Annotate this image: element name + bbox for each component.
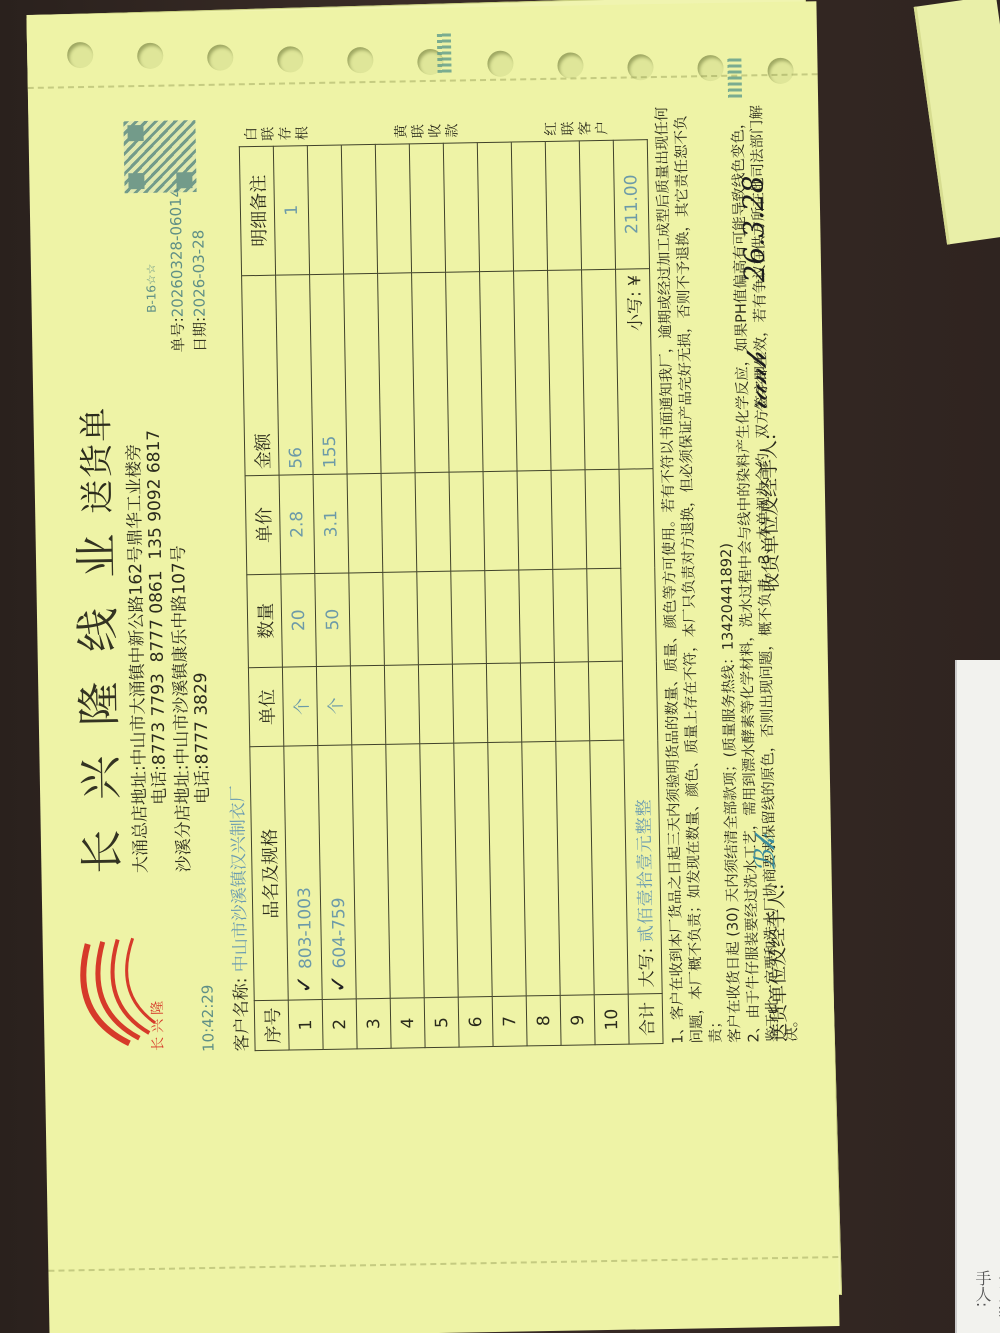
branch-address: 沙溪分店地址:中山市沙溪镇康乐中路107号 — [169, 545, 195, 872]
row-unit — [486, 663, 521, 743]
row-qty — [553, 569, 589, 663]
row-unit — [418, 664, 453, 744]
feed-hole-icon — [67, 42, 93, 68]
branch-phone-label: 电话: — [193, 764, 214, 804]
customer-value: 中山市沙溪镇汉兴制衣厂 — [228, 785, 251, 972]
col-header-remark: 明细备注 — [239, 146, 275, 275]
col-header-qty: 数量 — [247, 574, 283, 668]
copy-label-white: 白联存根 — [243, 120, 311, 141]
row-qty-value: 50 — [322, 609, 342, 631]
row-price — [551, 470, 587, 569]
row-amount — [446, 271, 483, 472]
row-amount: 155 — [310, 274, 347, 475]
row-unit — [350, 665, 385, 745]
row-unit — [588, 661, 623, 741]
row-name — [352, 745, 390, 999]
adjacent-paper-stack-bottom: 收货单位及经手人: — [955, 660, 1000, 1333]
adjacent-paper-stack-top — [914, 0, 1000, 245]
customer-label: 客户名称: — [231, 977, 252, 1051]
total-lowercase-label-cell: 小写: ¥ — [616, 268, 653, 469]
row-amount — [582, 269, 619, 470]
row-price — [517, 471, 553, 570]
row-no: 1 — [288, 1000, 323, 1050]
row-amount: 56 — [276, 274, 313, 475]
row-amount — [548, 269, 585, 470]
branch-address-value: 中山市沙溪镇康乐中路107号 — [169, 545, 193, 765]
date-value: 2026-03-28 — [189, 230, 209, 317]
date-label: 日期: — [191, 317, 210, 352]
delivery-note-sheet: 长兴隆 长兴隆线业 送货单 大涌总店地址:中山市大涌镇中新公路162号鼎华工业楼… — [26, 1, 839, 1333]
row-price — [585, 470, 621, 569]
row-remark: 1 — [273, 146, 309, 275]
row-unit-value: 个 — [326, 697, 346, 714]
row-unit — [452, 664, 487, 744]
col-header-price: 单价 — [245, 475, 281, 574]
row-amount — [412, 272, 449, 473]
print-time: 10:42:29 — [198, 984, 217, 1052]
row-amount — [514, 270, 551, 471]
row-qty — [485, 570, 521, 664]
row-qty — [383, 571, 419, 665]
row-no: 2 — [322, 999, 357, 1049]
doc-no-value: 20260328-06014 — [167, 188, 187, 318]
total-label: 合计 — [628, 994, 663, 1044]
uppercase-label: 大写: — [637, 948, 658, 988]
row-price: 2.8 — [279, 475, 315, 574]
row-price — [381, 473, 417, 572]
row-remark — [477, 142, 513, 271]
sender-signature-icon: ℬ𝓀 — [748, 835, 783, 873]
sender-signature-label: 送货单位及经手人: — [762, 883, 792, 1042]
row-name — [454, 743, 492, 997]
row-remark — [545, 141, 581, 270]
row-qty: 50 — [315, 573, 351, 667]
row-no: 4 — [390, 998, 425, 1048]
items-table: 序号 品名及规格 单位 数量 单价 金额 明细备注 1 ✓803-1003 个 … — [239, 139, 664, 1051]
row-qty — [519, 569, 555, 663]
row-name — [488, 742, 526, 996]
row-name: ✓604-759 — [318, 745, 356, 999]
row-unit: 个 — [316, 666, 351, 746]
row-unit-value: 个 — [292, 698, 312, 715]
row-qty-value: 20 — [288, 609, 308, 631]
row-name — [590, 740, 628, 994]
uppercase-value: 贰佰壹拾壹元整整 — [634, 798, 657, 942]
row-amount — [344, 273, 381, 474]
row-price-value: 3.1 — [321, 510, 341, 537]
row-remark-value: 1 — [281, 205, 301, 216]
document-type: 送货单 — [68, 405, 119, 514]
row-unit — [384, 665, 419, 745]
hq-address-label: 大涌总店地址: — [130, 765, 152, 873]
row-qty — [417, 571, 453, 665]
row-amount — [480, 271, 517, 472]
copy-label-red: 红联客户 — [543, 115, 611, 136]
branch-phone: 电话:8777 3829 — [191, 672, 214, 872]
row-remark — [341, 144, 377, 273]
row-qty — [451, 570, 487, 664]
row-qty — [349, 572, 385, 666]
col-header-unit: 单位 — [248, 667, 283, 747]
row-remark — [375, 144, 411, 273]
row-amount-value: 155 — [319, 435, 340, 468]
row-name-value: 803-1003 — [295, 887, 316, 969]
row-no: 5 — [424, 997, 459, 1047]
row-price — [449, 472, 485, 571]
row-no: 6 — [458, 997, 493, 1047]
feed-hole-icon — [207, 44, 233, 70]
checkmark-icon: ✓ — [326, 974, 351, 993]
row-amount — [378, 272, 415, 473]
row-no: 8 — [526, 996, 561, 1046]
handwritten-date: 26.3.28 — [736, 175, 771, 282]
row-price-value: 2.8 — [287, 511, 307, 538]
row-remark — [307, 145, 343, 274]
receiver-signature-label: 收货单位及经手人: — [754, 433, 784, 592]
row-name — [522, 742, 560, 996]
feed-hole-icon — [277, 46, 303, 72]
feed-hole-icon — [137, 43, 163, 69]
row-no: 3 — [356, 998, 391, 1048]
row-remark — [443, 143, 479, 272]
row-remark — [579, 140, 615, 269]
row-remark — [511, 141, 547, 270]
row-unit — [520, 662, 555, 742]
row-name-value: 604-759 — [329, 897, 350, 968]
total-lowercase-value: 211.00 — [613, 140, 649, 269]
document-number: 单号:20260328-06014 — [165, 188, 189, 353]
row-price — [415, 473, 451, 572]
branch-address-label: 沙溪分店地址: — [173, 764, 195, 872]
document-date: 日期:2026-03-28 — [187, 230, 210, 353]
checkmark-icon: ✓ — [292, 975, 317, 994]
row-price: 3.1 — [313, 474, 349, 573]
receiver-signature-icon: 𝓇𝒶𝓃𝒽 — [739, 352, 774, 413]
row-no: 9 — [560, 995, 595, 1045]
col-header-no: 序号 — [254, 1000, 289, 1050]
company-logo-icon — [68, 933, 160, 1055]
row-name — [386, 744, 424, 998]
branch-phone-value: 8777 3829 — [191, 672, 213, 764]
row-unit — [554, 662, 589, 742]
row-unit: 个 — [282, 667, 317, 747]
logo-text: 长兴隆 — [147, 997, 168, 1051]
col-header-amount: 金额 — [242, 275, 279, 476]
row-remark — [409, 143, 445, 272]
lowercase-label: 小写: ¥ — [625, 275, 646, 331]
row-price — [347, 474, 383, 573]
doc-no-label: 单号: — [169, 317, 188, 352]
qr-code-icon — [123, 120, 196, 193]
row-name — [420, 743, 458, 997]
row-no: 10 — [594, 994, 629, 1044]
row-qty — [587, 568, 623, 662]
hq-phone-label: 电话: — [150, 765, 171, 805]
row-name — [556, 741, 594, 995]
copy-label-yellow: 黄联收款 — [393, 117, 461, 138]
row-amount-value: 56 — [286, 447, 306, 469]
row-qty: 20 — [281, 573, 317, 667]
row-price — [483, 471, 519, 570]
col-header-name: 品名及规格 — [250, 746, 288, 1000]
receipt-body: 长兴隆 长兴隆线业 送货单 大涌总店地址:中山市大涌镇中新公路162号鼎华工业楼… — [13, 62, 804, 1305]
row-name: ✓803-1003 — [284, 746, 322, 1000]
lowercase-value: 211.00 — [621, 174, 642, 234]
row-no: 7 — [492, 996, 527, 1046]
customer-name: 客户名称: 中山市沙溪镇汉兴制衣厂 — [223, 785, 253, 1052]
company-name: 长兴隆线业 — [60, 503, 130, 874]
series-tag: B-16☆☆ — [144, 263, 159, 313]
adjacent-receiver-label: 收货单位及经手人: — [971, 1270, 1000, 1333]
